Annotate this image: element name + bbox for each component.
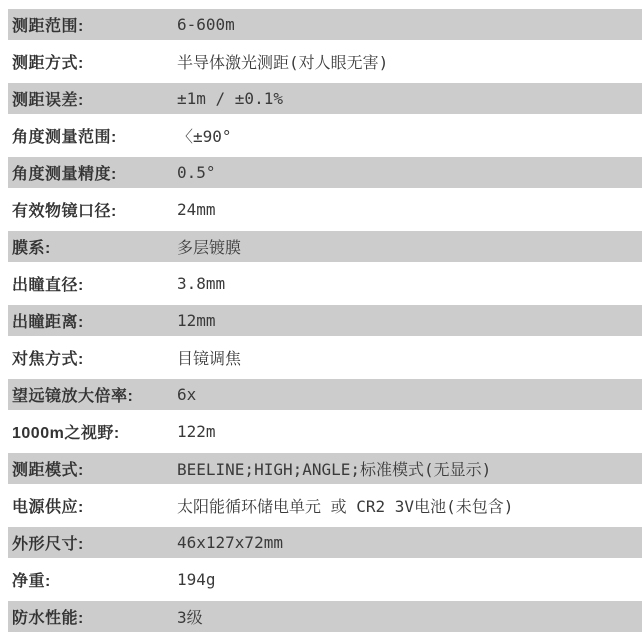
spec-value: 122m: [177, 422, 216, 441]
table-row: 测距范围: 6-600m: [8, 9, 642, 40]
spec-value: 多层镀膜: [177, 235, 241, 258]
spec-label: 防水性能:: [8, 605, 177, 628]
spec-value: 6-600m: [177, 15, 235, 34]
spec-label: 测距误差:: [8, 87, 177, 110]
table-row: 测距误差: ±1m / ±0.1%: [8, 83, 642, 114]
table-row: 1000m之视野: 122m: [8, 416, 642, 447]
spec-value: 194g: [177, 570, 216, 589]
spec-value: 目镜调焦: [177, 346, 241, 369]
table-row: 角度测量精度: 0.5°: [8, 157, 642, 188]
spec-value: BEELINE;HIGH;ANGLE;标准模式(无显示): [177, 457, 491, 480]
spec-label: 净重:: [8, 568, 177, 591]
spec-label: 角度测量范围:: [8, 124, 177, 147]
spec-value: 24mm: [177, 200, 216, 219]
spec-label: 出瞳距离:: [8, 309, 177, 332]
table-row: 测距方式: 半导体激光测距(对人眼无害): [8, 46, 642, 77]
table-row: 电源供应: 太阳能循环储电单元 或 CR2 3V电池(未包含): [8, 490, 642, 521]
spec-label: 电源供应:: [8, 494, 177, 517]
table-row: 测距模式: BEELINE;HIGH;ANGLE;标准模式(无显示): [8, 453, 642, 484]
spec-label: 对焦方式:: [8, 346, 177, 369]
spec-label: 外形尺寸:: [8, 531, 177, 554]
spec-label: 膜系:: [8, 235, 177, 258]
spec-label: 测距方式:: [8, 50, 177, 73]
spec-value: ±1m / ±0.1%: [177, 89, 283, 108]
table-row: 膜系: 多层镀膜: [8, 231, 642, 262]
spec-label: 出瞳直径:: [8, 272, 177, 295]
spec-label: 角度测量精度:: [8, 161, 177, 184]
table-row: 防水性能: 3级: [8, 601, 642, 632]
spec-label: 有效物镜口径:: [8, 198, 177, 221]
table-row: 望远镜放大倍率: 6x: [8, 379, 642, 410]
table-row: 对焦方式: 目镜调焦: [8, 342, 642, 373]
spec-value: 6x: [177, 385, 196, 404]
spec-label: 望远镜放大倍率:: [8, 383, 177, 406]
spec-label: 测距范围:: [8, 13, 177, 36]
table-row: 角度测量范围: 〈±90°: [8, 120, 642, 151]
spec-label: 1000m之视野:: [8, 420, 177, 443]
spec-value: 半导体激光测距(对人眼无害): [177, 50, 388, 73]
table-row: 外形尺寸: 46x127x72mm: [8, 527, 642, 558]
table-row: 有效物镜口径: 24mm: [8, 194, 642, 225]
spec-value: 46x127x72mm: [177, 533, 283, 552]
table-row: 净重: 194g: [8, 564, 642, 595]
spec-value: 〈±90°: [177, 124, 232, 147]
spec-value: 太阳能循环储电单元 或 CR2 3V电池(未包含): [177, 494, 513, 517]
spec-value: 3级: [177, 605, 203, 628]
spec-table: 测距范围: 6-600m 测距方式: 半导体激光测距(对人眼无害) 测距误差: …: [0, 0, 642, 632]
table-row: 出瞳直径: 3.8mm: [8, 268, 642, 299]
table-row: 出瞳距离: 12mm: [8, 305, 642, 336]
spec-value: 3.8mm: [177, 274, 225, 293]
spec-value: 0.5°: [177, 163, 216, 182]
spec-value: 12mm: [177, 311, 216, 330]
spec-label: 测距模式:: [8, 457, 177, 480]
